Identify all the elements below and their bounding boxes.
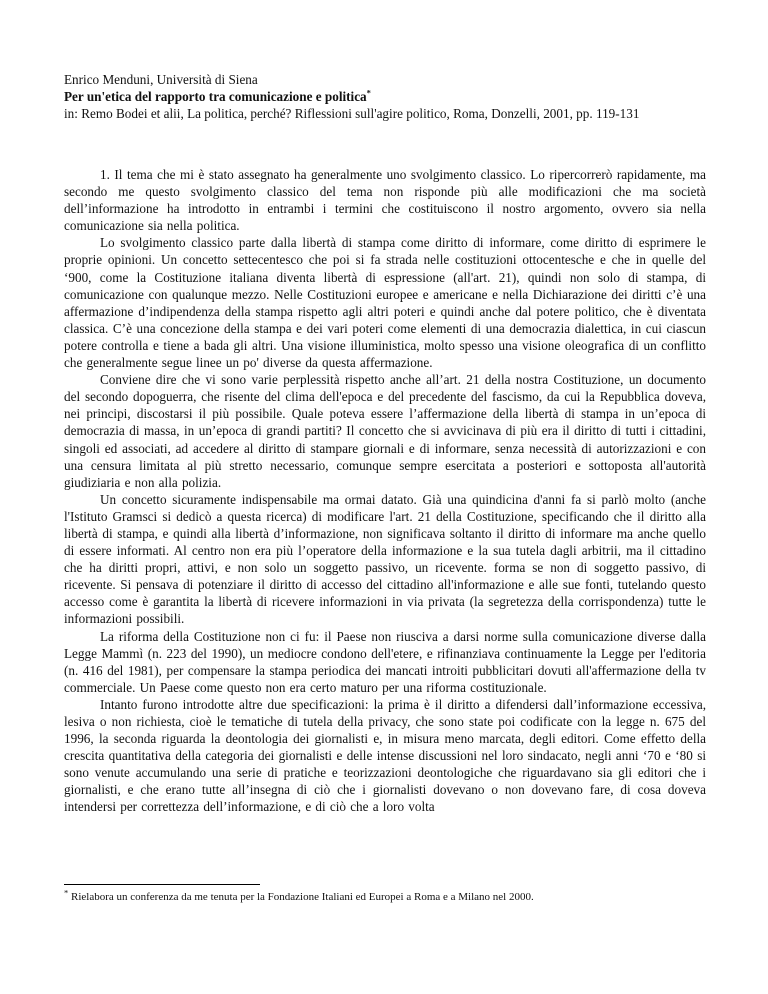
footnote-section: * Rielabora un conferenza da me tenuta p… [64, 884, 706, 904]
document-page: Enrico Menduni, Università di Siena Per … [0, 0, 768, 994]
footnote-reference-mark: * [367, 88, 371, 98]
body-paragraph-2: Lo svolgimento classico parte dalla libe… [64, 234, 706, 371]
document-body: 1. Il tema che mi è stato assegnato ha g… [64, 166, 706, 816]
author-line: Enrico Menduni, Università di Siena [64, 71, 706, 88]
body-paragraph-5: La riforma della Costituzione non ci fu:… [64, 628, 706, 696]
body-paragraph-6: Intanto furono introdotte altre due spec… [64, 696, 706, 816]
footnote-mark: * [64, 887, 68, 897]
citation-line: in: Remo Bodei et alii, La politica, per… [64, 105, 706, 122]
document-header: Enrico Menduni, Università di Siena Per … [64, 71, 706, 122]
document-title: Per un'etica del rapporto tra comunicazi… [64, 88, 706, 105]
body-paragraph-4: Un concetto sicuramente indispensabile m… [64, 491, 706, 628]
footnote-separator [64, 884, 260, 885]
footnote-text: Rielabora un conferenza da me tenuta per… [71, 891, 534, 903]
footnote: * Rielabora un conferenza da me tenuta p… [64, 890, 706, 904]
body-paragraph-3: Conviene dire che vi sono varie perpless… [64, 371, 706, 491]
title-text: Per un'etica del rapporto tra comunicazi… [64, 89, 367, 104]
body-paragraph-1: 1. Il tema che mi è stato assegnato ha g… [64, 166, 706, 234]
